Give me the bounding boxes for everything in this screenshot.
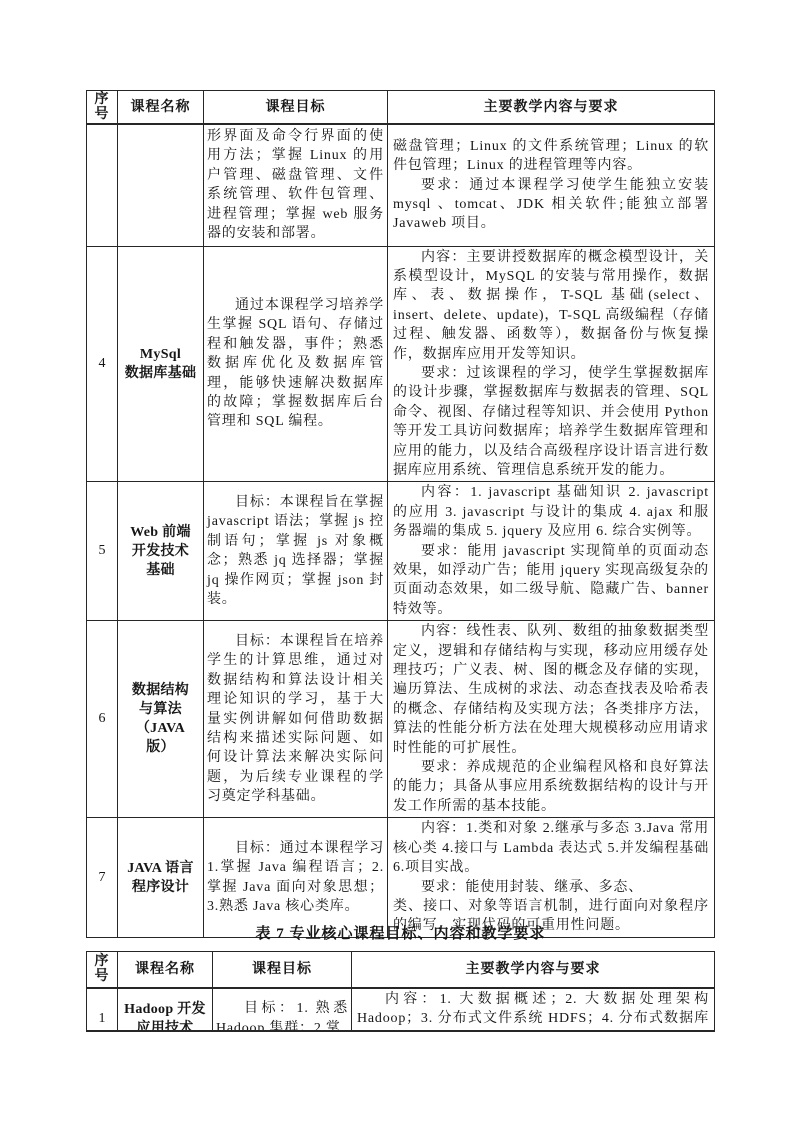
table1-header: 序 号 课程名称 课程目标 主要教学内容与要求	[87, 91, 715, 125]
course-name-cell: Web 前端 开发技术 基础	[118, 482, 204, 621]
course-seq-cell: 7	[87, 818, 118, 937]
paragraph: 形界面及命令行界面的使用方法；掌握 Linux 的用户管理、磁盘管理、文件系统管…	[207, 127, 384, 243]
teaching-content-cell: 内容：线性表、队列、数组的抽象数据类型定义，逻辑和存储结构与实现，移动应用缓存处…	[388, 621, 715, 818]
paragraph: 要求：通过本课程学习使学生能独立安装 mysql 、tomcat、JDK 相关软…	[393, 176, 709, 234]
paragraph: 内容：1.类和对象 2.继承与多态 3.Java 常用核心类 4.接口与 Lam…	[393, 819, 709, 877]
header-row: 序 号 课程名称 课程目标 主要教学内容与要求	[87, 91, 715, 125]
course-row: 6数据结构 与算法 （JAVA 版）目标：本课程旨在培养学生的计算思维，通过对数…	[87, 621, 715, 818]
header-seq: 序 号	[87, 91, 118, 125]
document-page: 序 号 课程名称 课程目标 主要教学内容与要求 形界面及命令行界面的使用方法；掌…	[0, 0, 793, 1122]
course-name-cell	[118, 124, 204, 246]
paragraph: 目标：通过本课程学习 1.掌握 Java 编程语言；2.掌握 Java 面向对象…	[207, 839, 384, 917]
table1-body: 形界面及命令行界面的使用方法；掌握 Linux 的用户管理、磁盘管理、文件系统管…	[87, 124, 715, 937]
course-objectives-cell: 通过本课程学习培养学生掌握 SQL 语句、存储过程和触发器，事件；熟悉数据库优化…	[204, 246, 388, 482]
teaching-content-cell: 内容：1. 大数据概述；2. 大数据处理架构 Hadoop；3. 分布式文件系统…	[352, 988, 715, 1033]
course-name-cell: MySql 数据库基础	[118, 246, 204, 482]
teaching-content-cell: 内容：主要讲授数据库的概念模型设计，关系模型设计，MySQL 的安装与常用操作，…	[388, 246, 715, 482]
paragraph: 内容：1. javascript 基础知识 2. javascript 的应用 …	[393, 483, 709, 541]
course-row: 1Hadoop 开发 应用技术目标：1. 熟悉 Hadoop 集群；2.掌内容：…	[87, 988, 715, 1033]
paragraph: 目标：1. 熟悉 Hadoop 集群；2.掌	[216, 999, 348, 1032]
core-course-table-part2-clip: 序 号 课程名称 课程目标 主要教学内容与要求 1Hadoop 开发 应用技术目…	[86, 951, 715, 1032]
paragraph: 内容：1. 大数据概述；2. 大数据处理架构 Hadoop；3. 分布式文件系统…	[357, 990, 709, 1033]
course-row: 5Web 前端 开发技术 基础目标：本课程旨在掌握 javascript 语法；…	[87, 482, 715, 621]
header-seq: 序 号	[87, 952, 118, 988]
paragraph: 目标：本课程旨在培养学生的计算思维，通过对数据结构和算法设计相关理论知识的学习，…	[207, 632, 384, 807]
course-seq-cell: 6	[87, 621, 118, 818]
table2-header: 序 号 课程名称 课程目标 主要教学内容与要求	[87, 952, 715, 988]
header-row: 序 号 课程名称 课程目标 主要教学内容与要求	[87, 952, 715, 988]
course-objectives-cell: 目标：本课程旨在培养学生的计算思维，通过对数据结构和算法设计相关理论知识的学习，…	[204, 621, 388, 818]
course-objectives-cell: 目标：1. 熟悉 Hadoop 集群；2.掌	[213, 988, 352, 1033]
paragraph: 内容：主要讲授数据库的概念模型设计，关系模型设计，MySQL 的安装与常用操作，…	[393, 248, 709, 364]
header-course-name: 课程名称	[118, 91, 204, 125]
course-objectives-cell: 目标：本课程旨在掌握 javascript 语法；掌握 js 控制语句；掌握 j…	[204, 482, 388, 621]
course-seq-cell: 4	[87, 246, 118, 482]
header-objectives: 课程目标	[213, 952, 352, 988]
course-row: 7JAVA 语言 程序设计目标：通过本课程学习 1.掌握 Java 编程语言；2…	[87, 818, 715, 937]
paragraph: 要求：养成规范的企业编程风格和良好算法的能力；具备从事应用系统数据结构的设计与开…	[393, 758, 709, 816]
header-content: 主要教学内容与要求	[388, 91, 715, 125]
paragraph: 要求：过该课程的学习，使学生掌握数据库的设计步骤，掌握数据库与数据表的管理、SQ…	[393, 364, 709, 480]
course-objectives-cell: 目标：通过本课程学习 1.掌握 Java 编程语言；2.掌握 Java 面向对象…	[204, 818, 388, 937]
table7-caption: 表 7 专业核心课程目标、内容和教学要求	[86, 922, 715, 943]
paragraph: 目标：本课程旨在掌握 javascript 语法；掌握 js 控制语句；掌握 j…	[207, 493, 384, 609]
header-content: 主要教学内容与要求	[352, 952, 715, 988]
teaching-content-cell: 内容：1. javascript 基础知识 2. javascript 的应用 …	[388, 482, 715, 621]
course-objectives-cell: 形界面及命令行界面的使用方法；掌握 Linux 的用户管理、磁盘管理、文件系统管…	[204, 124, 388, 246]
course-name-cell: 数据结构 与算法 （JAVA 版）	[118, 621, 204, 818]
course-name-cell: JAVA 语言 程序设计	[118, 818, 204, 937]
header-objectives: 课程目标	[204, 91, 388, 125]
core-course-table-part2: 序 号 课程名称 课程目标 主要教学内容与要求 1Hadoop 开发 应用技术目…	[86, 951, 715, 1032]
paragraph: 要求：能用 javascript 实现简单的页面动态效果，如浮动广告；能用 jq…	[393, 542, 709, 620]
course-seq-cell	[87, 124, 118, 246]
course-seq-cell: 1	[87, 988, 118, 1033]
course-row: 形界面及命令行界面的使用方法；掌握 Linux 的用户管理、磁盘管理、文件系统管…	[87, 124, 715, 246]
course-name-cell: Hadoop 开发 应用技术	[118, 988, 213, 1033]
paragraph: 通过本课程学习培养学生掌握 SQL 语句、存储过程和触发器，事件；熟悉数据库优化…	[207, 296, 384, 432]
table2-body: 1Hadoop 开发 应用技术目标：1. 熟悉 Hadoop 集群；2.掌内容：…	[87, 988, 715, 1033]
course-seq-cell: 5	[87, 482, 118, 621]
paragraph: 磁盘管理；Linux 的文件系统管理；Linux 的软件包管理；Linux 的进…	[393, 137, 709, 176]
header-course-name: 课程名称	[118, 952, 213, 988]
core-course-table-part1: 序 号 课程名称 课程目标 主要教学内容与要求 形界面及命令行界面的使用方法；掌…	[86, 90, 715, 938]
course-row: 4MySql 数据库基础通过本课程学习培养学生掌握 SQL 语句、存储过程和触发…	[87, 246, 715, 482]
teaching-content-cell: 磁盘管理；Linux 的文件系统管理；Linux 的软件包管理；Linux 的进…	[388, 124, 715, 246]
paragraph: 要求：能使用封装、继承、多态、	[393, 878, 709, 897]
paragraph: 内容：线性表、队列、数组的抽象数据类型定义，逻辑和存储结构与实现，移动应用缓存处…	[393, 622, 709, 758]
teaching-content-cell: 内容：1.类和对象 2.继承与多态 3.Java 常用核心类 4.接口与 Lam…	[388, 818, 715, 937]
